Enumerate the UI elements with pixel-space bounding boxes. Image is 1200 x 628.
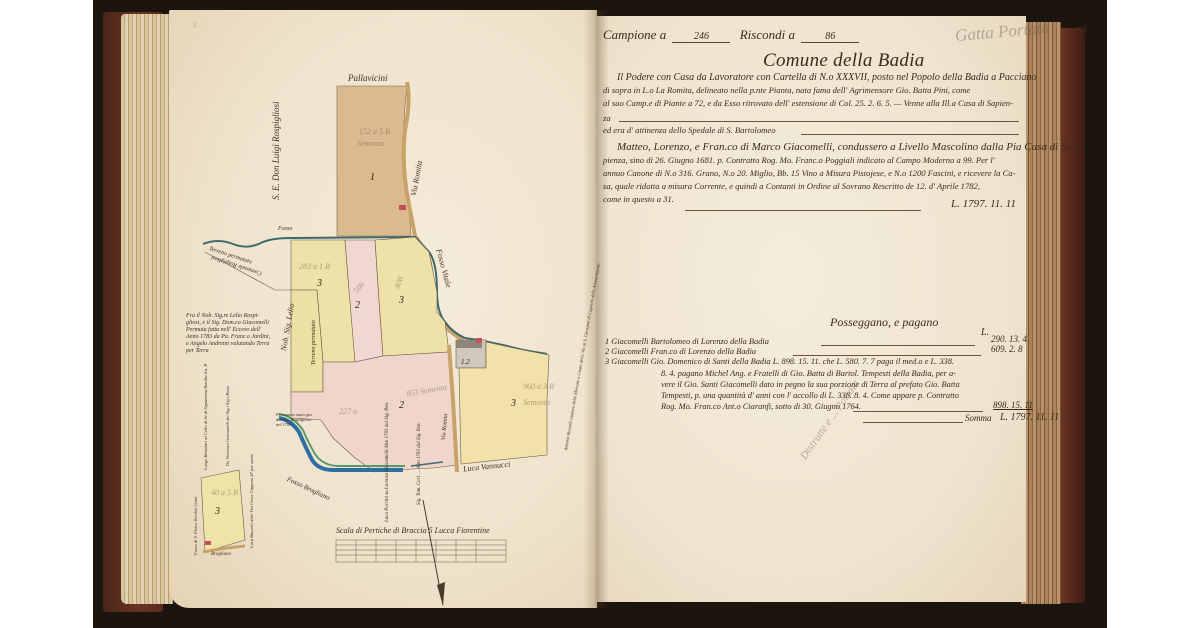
possessor-number: 2 bbox=[605, 347, 609, 356]
possessor-text: Giacomelli Bartolomeo di Lorenzo della B… bbox=[611, 337, 769, 346]
page-number: 73 bbox=[1076, 25, 1087, 37]
paragraph-line: di sopra in L.o La Romita, delineato nel… bbox=[603, 84, 1023, 97]
continuation-line: Tempesti, p. una quantità d' anni con l'… bbox=[661, 390, 960, 401]
paragraph-line: pienza, sino di 26. Giugno 1681. p. Cont… bbox=[603, 154, 1076, 167]
ruled-line bbox=[801, 134, 1019, 135]
left-page bbox=[169, 10, 597, 608]
paragraph-line: al suo Camp.e di Piante a 72, e da Esso … bbox=[603, 97, 1023, 110]
possessor-amount-2: 609. 2. 8 bbox=[991, 344, 1023, 354]
book-photo: F bbox=[93, 0, 1107, 628]
possessor-text: Giacomelli Fran.co di Lorenzo della Badi… bbox=[611, 347, 756, 356]
total-amount: L. 1797. 11. 11 bbox=[951, 198, 1016, 210]
paragraph-line: Matteo, Lorenzo, e Fran.co di Marco Giac… bbox=[603, 140, 1076, 154]
paragraph-podere: Il Podere con Casa da Lavoratore con Car… bbox=[603, 71, 1023, 110]
continuation-line: vere il Gio. Santi Giacomelli dato in pe… bbox=[661, 379, 960, 390]
possessor-amount-3: 898. 15. 11 bbox=[993, 400, 1033, 410]
ruled-line bbox=[821, 345, 975, 346]
page-title: Comune della Badia bbox=[763, 50, 925, 72]
page-edges-right bbox=[1021, 22, 1061, 604]
riscontro-value: 86 bbox=[801, 31, 859, 43]
ruled-line bbox=[853, 411, 983, 412]
possessors-title: Posseggano, e pagano bbox=[830, 315, 938, 330]
register-header: Campione a 246 Riscondi a 86 bbox=[603, 27, 865, 43]
paragraph-line: Il Podere con Casa da Lavoratore con Car… bbox=[603, 71, 1023, 84]
possessor-text: Giacomelli Gio. Domenico di Santi della … bbox=[611, 357, 954, 366]
possessor-number: 1 bbox=[605, 337, 609, 346]
corner-mark: F bbox=[193, 21, 197, 30]
campione-value: 246 bbox=[672, 31, 730, 43]
currency-mark: L. bbox=[981, 327, 989, 338]
paragraph-spedale: ed era d' attinenza dello Spedale di S. … bbox=[603, 124, 776, 137]
possessor-number: 3 bbox=[605, 357, 609, 366]
continuation-line: 8. 4. pagano Michel Ang. e Fratelli di G… bbox=[661, 368, 960, 379]
campione-label: Campione a bbox=[603, 27, 666, 42]
possessor-row-3: 3 Giacomelli Gio. Domenico di Santi dell… bbox=[605, 356, 954, 367]
ruled-line bbox=[619, 121, 1019, 122]
sum-value: L. 1797. 11. 11 bbox=[1000, 412, 1059, 423]
paragraph-line: sa, quale ridotta a misura Corrente, e q… bbox=[603, 180, 1076, 193]
paragraph-line: annuo Canone di N.o 316. Grano, N.o 20. … bbox=[603, 167, 1076, 180]
possessor-amount-1: 290. 13. 4 bbox=[991, 334, 1027, 344]
ruled-line bbox=[863, 422, 963, 423]
riscontro-label: Riscondi a bbox=[740, 27, 795, 42]
page-edges-left bbox=[121, 14, 173, 604]
possessor-row-3-cont: 8. 4. pagano Michel Ang. e Fratelli di G… bbox=[661, 368, 960, 412]
paragraph-livello: Matteo, Lorenzo, e Fran.co di Marco Giac… bbox=[603, 140, 1076, 206]
ruled-line bbox=[685, 210, 921, 211]
sum-label: Somma bbox=[965, 413, 992, 424]
